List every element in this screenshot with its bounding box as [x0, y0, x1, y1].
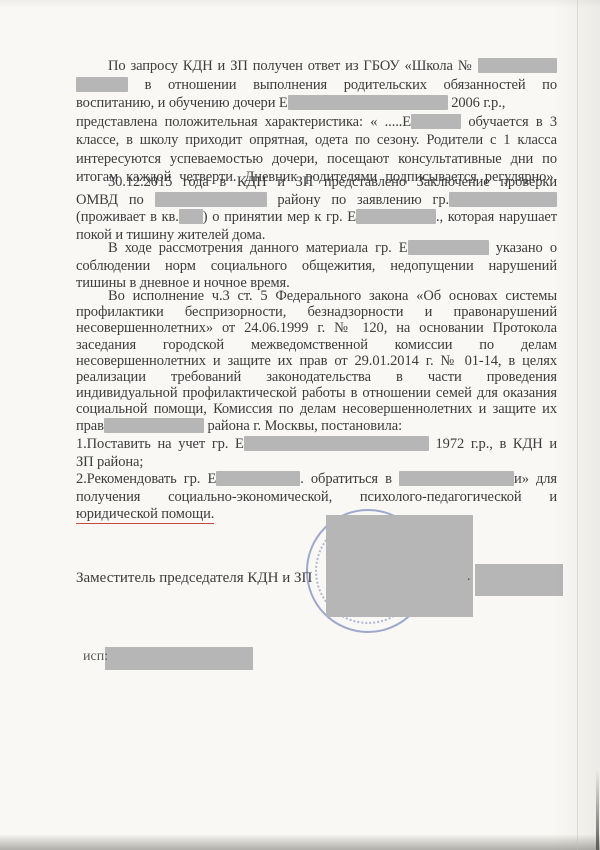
- text-run: и» для: [514, 471, 557, 487]
- redaction-bar: [179, 209, 203, 224]
- red-underlined-text: юридической помощи.: [76, 506, 214, 524]
- text-line: заседания городской межведомственной ком…: [76, 337, 557, 353]
- redaction-bar: [408, 240, 489, 255]
- text-line: ОМВД по району по заявлению гр.: [76, 192, 557, 210]
- text-line: в отношении выполнения родительских обяз…: [76, 76, 557, 95]
- text-run: интересуются успеваемостью дочери, посещ…: [76, 151, 557, 167]
- text-run: ., которая нарушает: [436, 209, 557, 225]
- text-line: (проживает в кв.) о принятии мер к гр. Е…: [76, 209, 557, 227]
- redaction-bar: [288, 95, 448, 110]
- redaction-bar: [411, 114, 461, 129]
- text-line: интересуются успеваемостью дочери, посещ…: [76, 150, 557, 169]
- text-line: получения социально-экономической, психо…: [76, 489, 557, 507]
- red-underlined-text: получения: [76, 489, 140, 507]
- text-line: соблюдении норм социального общежития, н…: [76, 258, 557, 276]
- text-run: несовершеннолетних» от 24.06.1999 г. № 1…: [76, 320, 557, 336]
- paragraph-omvd-conclusion: 30.12.2015 года в КДН и ЗП представлено …: [76, 174, 557, 245]
- text-line: прав района г. Москвы, постановила:: [76, 418, 557, 434]
- redaction-bar: [76, 77, 128, 92]
- redaction-bar: [399, 471, 514, 486]
- page-edge-shadow-right: [552, 0, 600, 850]
- text-line: воспитанию, и обучению дочери Е 2006 г.р…: [76, 94, 557, 113]
- redaction-over-stamp: [326, 515, 473, 617]
- text-line: В ходе рассмотрения данного материала гр…: [76, 240, 557, 258]
- text-run: ОМВД по: [76, 192, 144, 208]
- page-edge-dark-right: [596, 770, 599, 850]
- text-line: реализации требований законодательства в…: [76, 369, 557, 385]
- text-run: воспитанию, и обучению дочери Е: [76, 95, 288, 111]
- text-run: и: [549, 489, 557, 505]
- text-run: района г. Москвы, постановила:: [207, 418, 402, 434]
- paragraph-legal-basis: Во исполнение ч.3 ст. 5 Федерального зак…: [76, 288, 557, 434]
- page-edge-shadow-bottom: [0, 834, 600, 850]
- text-run: прав: [76, 418, 104, 434]
- text-run: По запросу КДН и ЗП получен ответ из ГБО…: [108, 58, 473, 74]
- text-run: социально-: [168, 489, 236, 505]
- text-run: классе, в школу приходит опрятная, одета…: [76, 132, 557, 148]
- text-run: Во исполнение ч.3 ст. 5 Федерального зак…: [108, 288, 557, 304]
- text-run: социальной помощи, Комиссия по делам нес…: [76, 401, 557, 417]
- paragraph-case-review: В ходе рассмотрения данного материала гр…: [76, 240, 557, 293]
- text-run: 30.12.2015 года в КДН и ЗП представлено …: [108, 174, 557, 190]
- executor-label: исп:: [83, 649, 108, 665]
- redaction-executor-name: [105, 647, 253, 670]
- text-run: заседания городской межведомственной ком…: [76, 337, 557, 353]
- text-run: 2006 г.р.,: [451, 95, 505, 111]
- signature-trailing-mark: .: [467, 569, 471, 585]
- paragraph-school-reply: По запросу КДН и ЗП получен ответ из ГБО…: [76, 57, 557, 187]
- paper-crease-line: [577, 0, 578, 850]
- text-run: 1.Поставить на учет гр. Е: [76, 436, 244, 452]
- signature-title: Заместитель председателя КДН и ЗП: [76, 570, 312, 587]
- text-run: индивидуальной профилактической работы в…: [76, 385, 557, 401]
- text-run: ) о принятии мер к гр. Е: [203, 209, 356, 225]
- text-run: ЗП района;: [76, 454, 143, 470]
- text-line: индивидуальной профилактической работы в…: [76, 385, 557, 401]
- text-run: соблюдении норм социального общежития, н…: [76, 258, 557, 274]
- text-run: реализации требований законодательства в…: [76, 369, 557, 385]
- text-line: классе, в школу приходит опрятная, одета…: [76, 131, 557, 150]
- text-run: психолого-педагогической: [360, 489, 522, 505]
- text-run: 2.Рекомендовать гр. Е: [76, 471, 216, 487]
- text-line: социальной помощи, Комиссия по делам нес…: [76, 401, 557, 417]
- text-run: профилактики беспризорности, безнадзорно…: [76, 304, 557, 320]
- text-line: представлена положительная характеристик…: [76, 113, 557, 132]
- text-run: . обратиться в: [300, 471, 392, 487]
- text-run: 1972 г.р., в КДН и: [436, 436, 557, 452]
- redaction-bar: [216, 471, 300, 486]
- text-line: Во исполнение ч.3 ст. 5 Федерального зак…: [76, 288, 557, 304]
- scanned-document-page: По запросу КДН и ЗП получен ответ из ГБО…: [0, 0, 600, 850]
- text-line: По запросу КДН и ЗП получен ответ из ГБО…: [76, 57, 557, 76]
- redaction-bar: [104, 418, 204, 433]
- text-run: в отношении выполнения родительских обяз…: [76, 77, 557, 95]
- text-run: району по заявлению гр.: [277, 192, 449, 208]
- redaction-signature-name: [475, 564, 563, 596]
- text-run: В ходе рассмотрения данного материала гр…: [108, 240, 408, 256]
- text-line: профилактики беспризорности, безнадзорно…: [76, 304, 557, 320]
- text-line: несовершеннолетних и защите их прав от 2…: [76, 353, 557, 369]
- text-run: указано о: [496, 240, 557, 256]
- text-run: представлена положительная характеристик…: [76, 114, 411, 130]
- text-line: 1.Поставить на учет гр. Е 1972 г.р., в К…: [76, 436, 557, 454]
- text-line: 2.Рекомендовать гр. Е. обратиться в и» д…: [76, 471, 557, 489]
- text-line: несовершеннолетних» от 24.06.1999 г. № 1…: [76, 320, 557, 336]
- redaction-bar: [244, 436, 429, 451]
- text-line: 30.12.2015 года в КДН и ЗП представлено …: [76, 174, 557, 192]
- redaction-bar: [478, 58, 557, 73]
- red-underlined-text: экономической,: [237, 489, 333, 507]
- redaction-bar: [155, 192, 267, 207]
- text-run: обучается в 3: [468, 114, 557, 130]
- text-run: (проживает в кв.: [76, 209, 179, 225]
- redaction-bar: [356, 209, 436, 224]
- page-edge-shadow-top: [0, 0, 600, 8]
- redaction-bar: [449, 192, 557, 207]
- text-line: ЗП района;: [76, 454, 557, 472]
- text-run: несовершеннолетних и защите их прав от 2…: [76, 353, 557, 369]
